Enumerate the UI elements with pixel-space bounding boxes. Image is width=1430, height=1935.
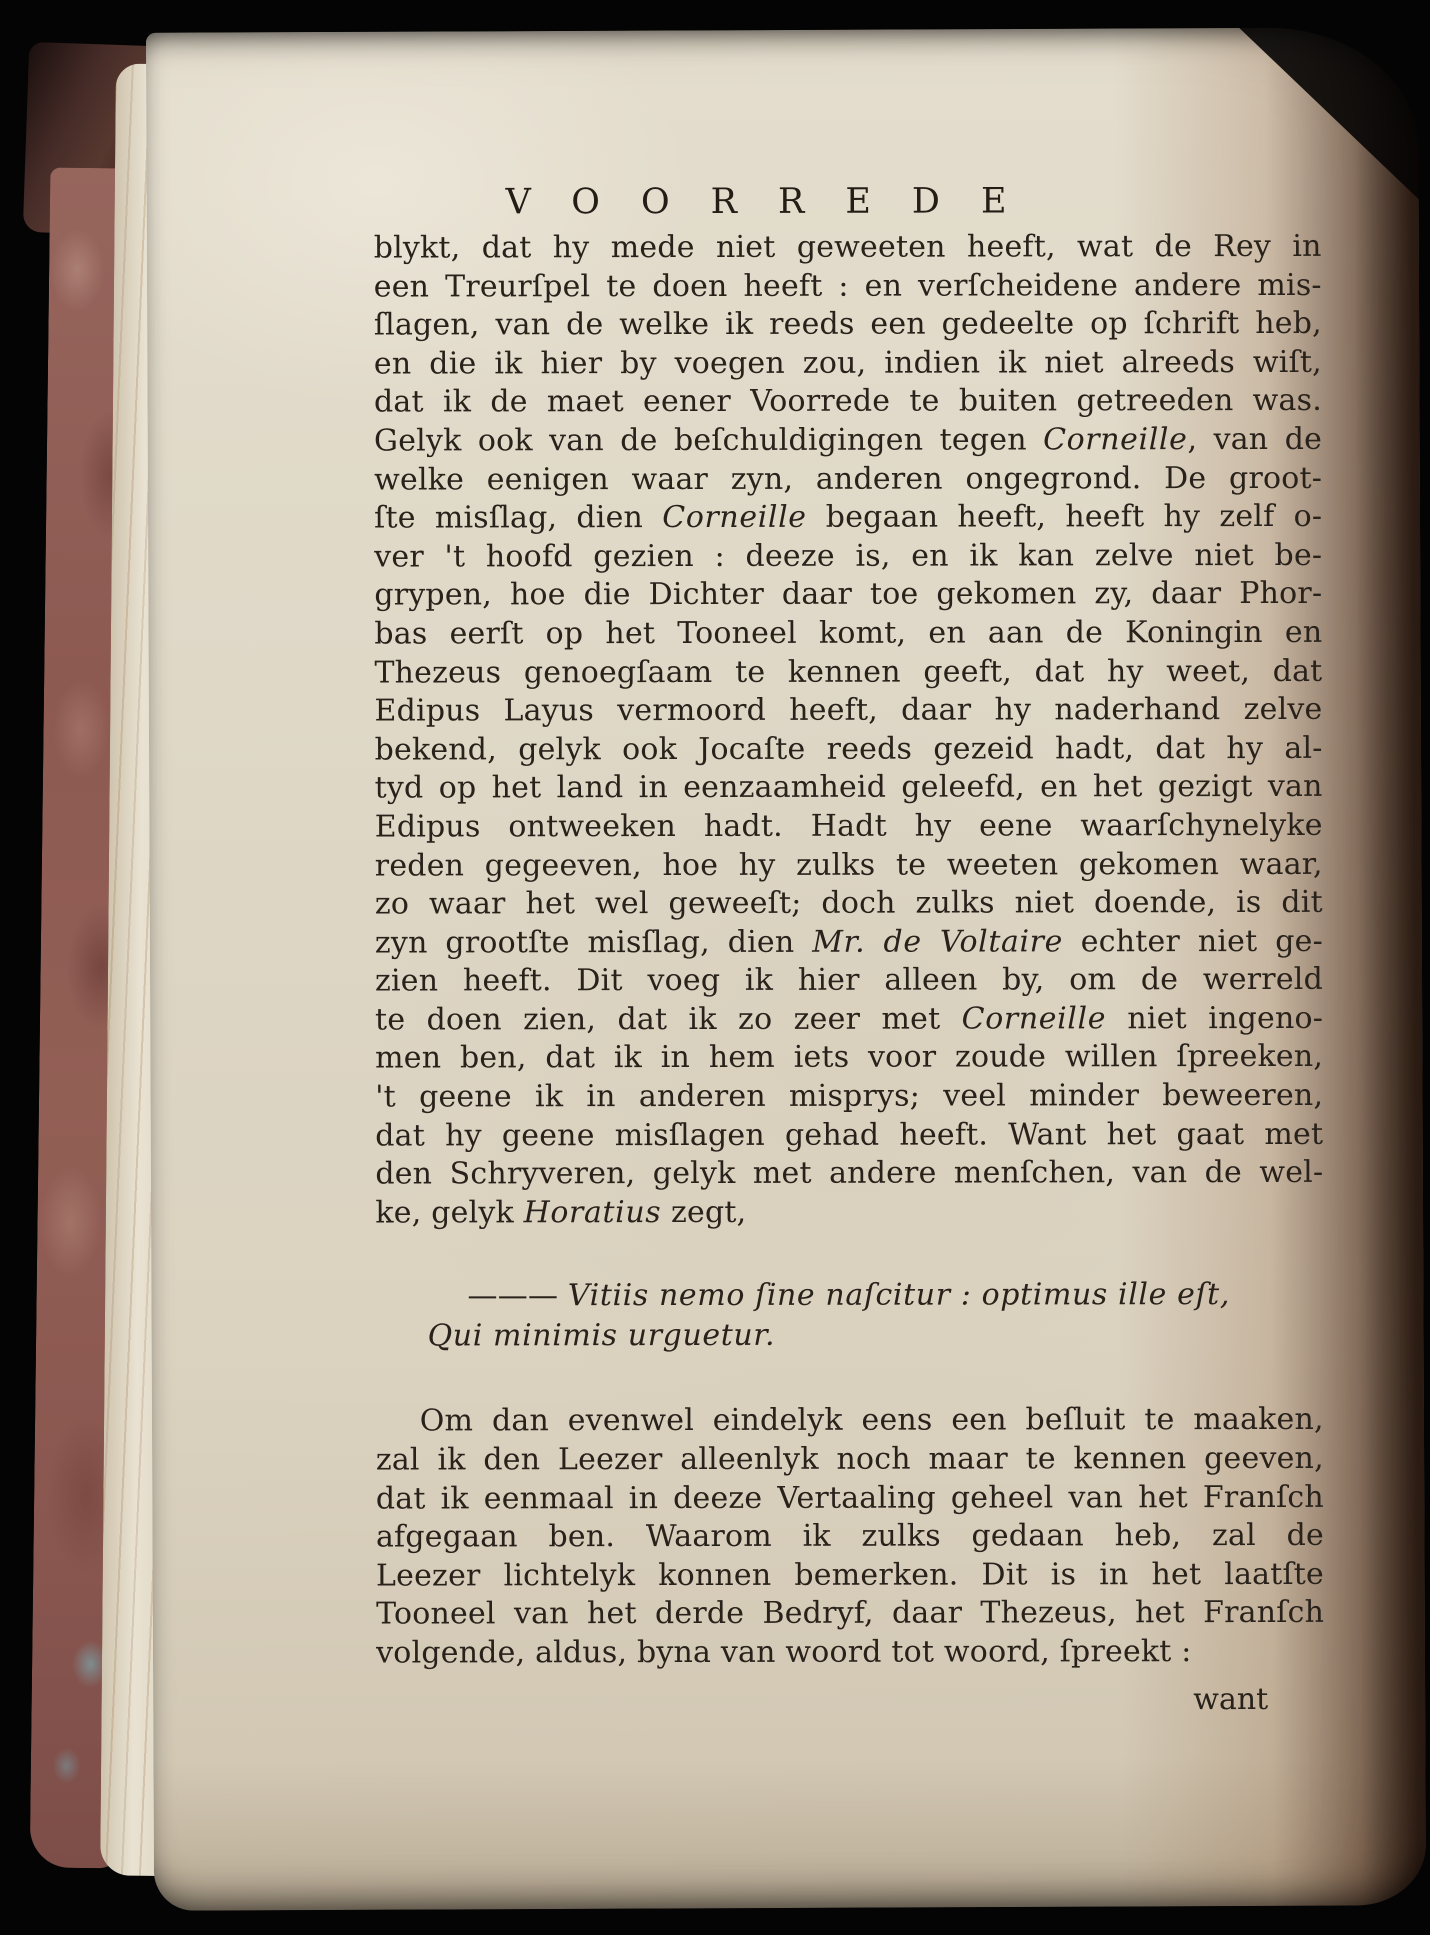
page-text: VOORREDE blykt, dat hy mede niet geweete…	[374, 181, 1325, 1721]
page-title: VOORREDE	[374, 181, 1322, 223]
preface-paragraph: blykt, dat hy mede niet geweeten heeft, …	[374, 228, 1324, 1233]
closing-paragraph: Om dan evenwel eindelyk eens een beſluit…	[376, 1401, 1324, 1673]
catchword: want	[376, 1680, 1324, 1720]
book-page: VOORREDE blykt, dat hy mede niet geweete…	[146, 27, 1426, 1911]
latin-quote: ——— Vitiis nemo ſine naſcitur : optimus …	[375, 1275, 1323, 1357]
book-photo: VOORREDE blykt, dat hy mede niet geweete…	[0, 0, 1430, 1935]
